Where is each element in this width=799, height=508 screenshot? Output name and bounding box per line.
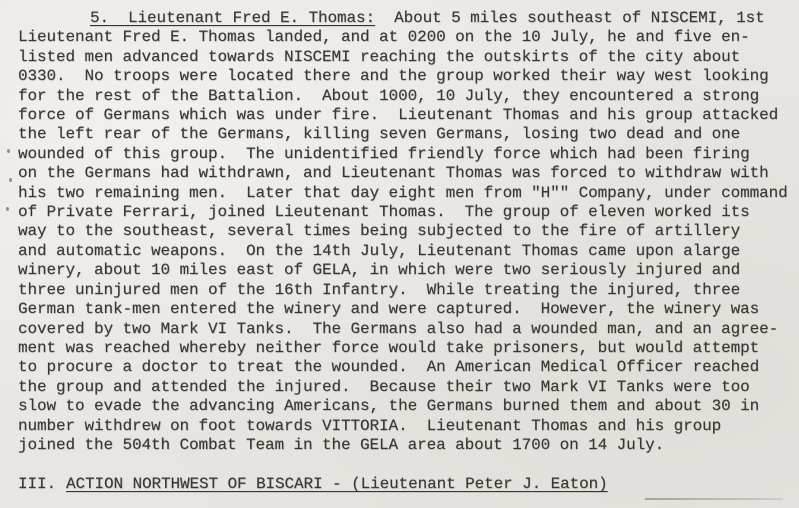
text-line: German tank-men entered the winery and w… [18, 300, 796, 319]
text-line: the left rear of the Germans, killing se… [18, 125, 796, 144]
text-line: for the rest of the Battalion. About 100… [18, 87, 796, 106]
text-line: and automatic weapons. On the 14th July,… [18, 242, 796, 261]
scanned-document-page: 5. Lieutenant Fred E. Thomas: About 5 mi… [0, 0, 799, 508]
text-line: 0330. No troops were located there and t… [18, 67, 796, 86]
scan-speck [9, 178, 12, 182]
underline-scan-streak [645, 498, 783, 500]
paragraph-5-first-line-rest: About 5 miles southeast of NISCEMI, 1st [375, 9, 765, 27]
text-line: of Private Ferrari, joined Lieutenant Th… [18, 203, 796, 222]
paragraph-5-first-line: 5. Lieutenant Fred E. Thomas: About 5 mi… [18, 9, 796, 28]
section-heading-title: ACTION NORTHWEST OF BISCARI - (Lieutenan… [66, 475, 608, 493]
text-line: joined the 504th Combat Team in the GELA… [18, 436, 796, 455]
text-line: three uninjured men of the 16th Infantry… [18, 281, 796, 300]
text-line: way to the southeast, several times bein… [18, 222, 796, 241]
paragraph-5-heading: 5. Lieutenant Fred E. Thomas: [90, 9, 375, 27]
scan-speck [6, 207, 9, 211]
text-line: listed men advanced towards NISCEMI reac… [18, 48, 796, 67]
text-line: the group and attended the injured. Beca… [18, 378, 796, 397]
text-line: Lieutenant Fred E. Thomas landed, and at… [18, 28, 796, 47]
text-line: number withdrew on foot towards VITTORIA… [18, 417, 796, 436]
text-line: force of Germans which was under fire. L… [18, 106, 796, 125]
text-line: winery, about 10 miles east of GELA, in … [18, 261, 796, 280]
section-heading-line: III.ACTION NORTHWEST OF BISCARI - (Lieut… [18, 475, 796, 494]
text-line: wounded of this group. The unidentified … [18, 145, 796, 164]
scan-speck [7, 149, 10, 153]
text-line: to procure a doctor to treat the wounded… [18, 358, 796, 377]
text-line: ment was reached whereby neither force w… [18, 339, 796, 358]
text-line: on the Germans had withdrawn, and Lieute… [18, 164, 796, 183]
text-line: covered by two Mark VI Tanks. The German… [18, 320, 796, 339]
section-heading-numeral: III. [18, 475, 56, 493]
text-line: slow to evade the advancing Americans, t… [18, 397, 796, 416]
paragraph-5-body: Lieutenant Fred E. Thomas landed, and at… [18, 28, 796, 455]
document-text-block: 5. Lieutenant Fred E. Thomas: About 5 mi… [18, 9, 796, 495]
text-line: his two remaining men. Later that day ei… [18, 184, 796, 203]
